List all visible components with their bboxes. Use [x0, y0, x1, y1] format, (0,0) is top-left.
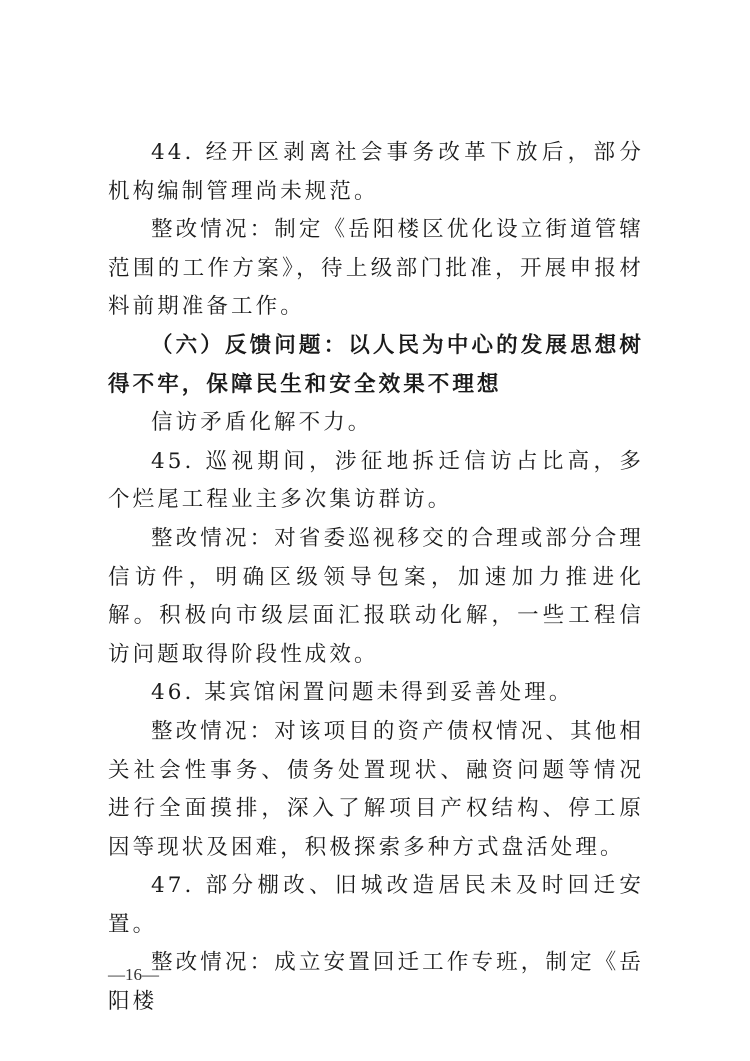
document-body: 44. 经开区剥离社会事务改革下放后，部分机构编制管理尚未规范。 整改情况：制定…	[108, 134, 644, 1022]
document-page: 44. 经开区剥离社会事务改革下放后，部分机构编制管理尚未规范。 整改情况：制定…	[0, 0, 750, 1061]
paragraph-item-46-rectification: 整改情况：对该项目的资产债权情况、其他相关社会性事务、债务处置现状、融资问题等情…	[108, 713, 644, 867]
paragraph-item-44-rectification: 整改情况：制定《岳阳楼区优化设立街道管辖范围的工作方案》，待上级部门批准，开展申…	[108, 211, 644, 327]
paragraph-item-47: 47. 部分棚改、旧城改造居民未及时回迁安置。	[108, 867, 644, 944]
paragraph-item-46: 46. 某宾馆闲置问题未得到妥善处理。	[108, 674, 644, 713]
paragraph-item-45-rectification: 整改情况：对省委巡视移交的合理或部分合理信访件，明确区级领导包案，加速加力推进化…	[108, 520, 644, 674]
paragraph-item-45: 45. 巡视期间，涉征地拆迁信访占比高，多个烂尾工程业主多次集访群访。	[108, 443, 644, 520]
page-number: —16—	[108, 965, 159, 985]
paragraph-item-47-rectification: 整改情况：成立安置回迁工作专班，制定《岳阳楼	[108, 944, 644, 1021]
paragraph-item-44: 44. 经开区剥离社会事务改革下放后，部分机构编制管理尚未规范。	[108, 134, 644, 211]
section-heading-6: （六）反馈问题：以人民为中心的发展思想树得不牢，保障民生和安全效果不理想	[108, 327, 644, 404]
subheading-petition: 信访矛盾化解不力。	[108, 404, 644, 443]
